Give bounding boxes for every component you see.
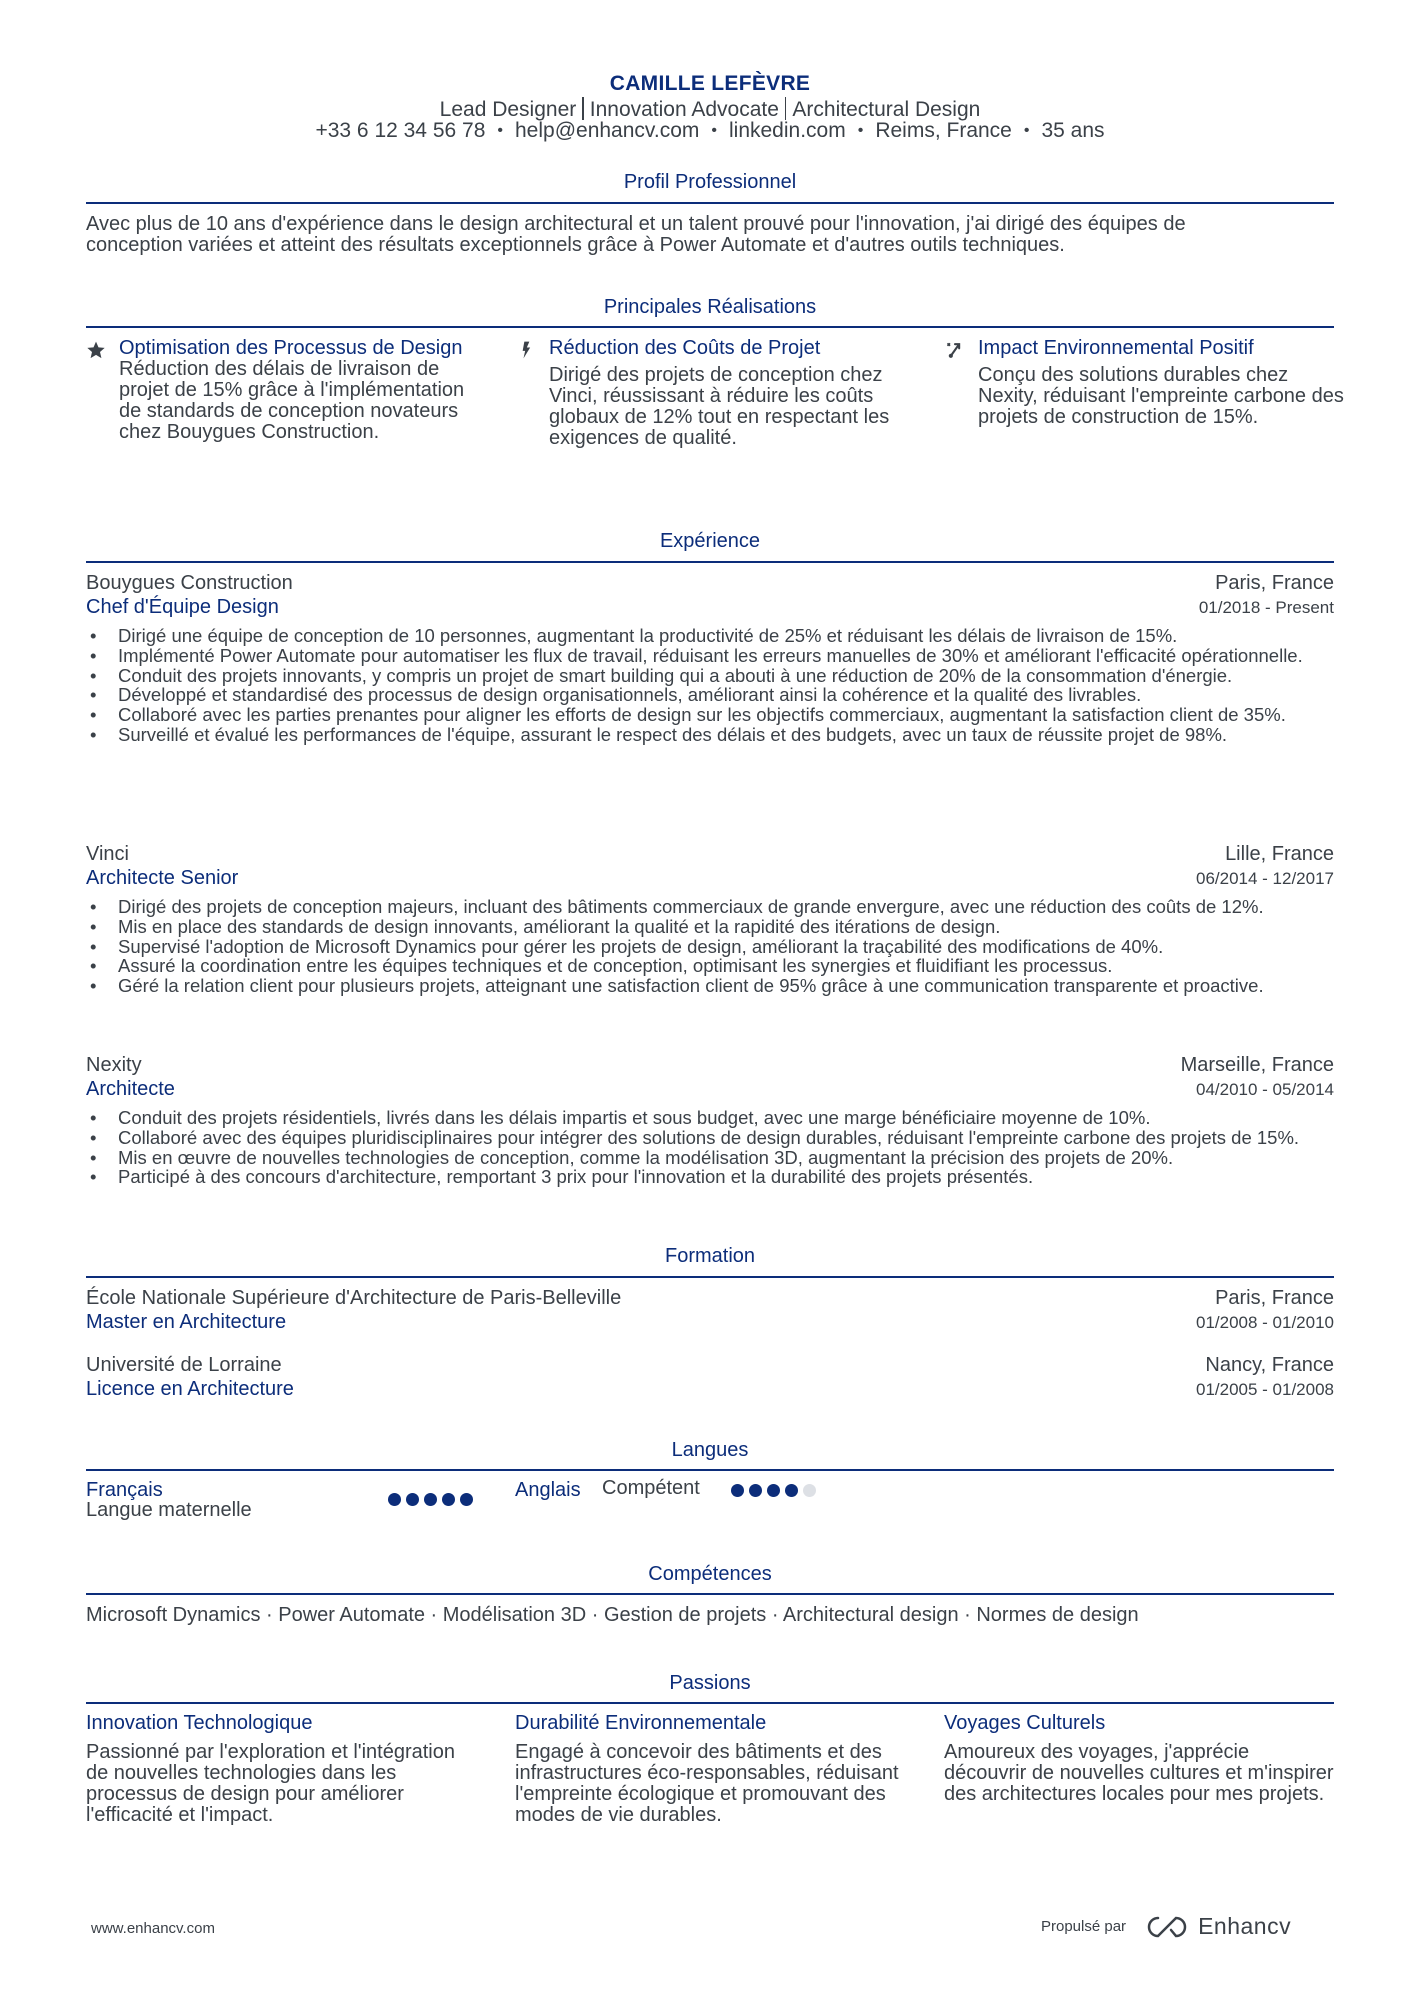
- enhancv-logo-icon: [1144, 1914, 1190, 1940]
- bullet-item: Participé à des concours d'architecture,…: [86, 1167, 1334, 1187]
- job-dates: 06/2014 - 12/2017: [1196, 869, 1334, 889]
- achievement-title: Impact Environnemental Positif: [978, 338, 1345, 359]
- section-title-education: Formation: [86, 1245, 1334, 1268]
- passion-description: Passionné par l'exploration et l'intégra…: [86, 1742, 481, 1826]
- section-title-experience: Expérience: [86, 530, 1334, 553]
- passion-item: Innovation Technologique Passionné par l…: [86, 1713, 486, 1826]
- passion-description: Engagé à concevoir des bâtiments et des …: [515, 1742, 910, 1826]
- bullet-item: Développé et standardisé des processus d…: [86, 685, 1334, 705]
- rating-dot-filled: [749, 1484, 762, 1497]
- bullet-item: Conduit des projets résidentiels, livrés…: [86, 1108, 1334, 1128]
- bullet-item: Supervisé l'adoption de Microsoft Dynami…: [86, 937, 1334, 957]
- footer-branding: Propulsé par Enhancv: [1041, 1913, 1291, 1940]
- degree: Master en Architecture: [86, 1311, 286, 1334]
- divider: [785, 97, 787, 120]
- bullet-separator: •: [858, 122, 864, 139]
- passion-description: Amoureux des voyages, j'apprécie découvr…: [944, 1742, 1334, 1805]
- achievement-item: Impact Environnemental Positif Conçu des…: [945, 338, 1345, 428]
- candidate-name: CAMILLE LEFÈVRE: [86, 72, 1334, 96]
- section-title-achievements: Principales Réalisations: [86, 296, 1334, 319]
- enhancv-logo[interactable]: Enhancv: [1144, 1913, 1291, 1940]
- rating-dot-filled: [731, 1484, 744, 1497]
- linkedin-link[interactable]: linkedin.com: [729, 119, 846, 142]
- passion-item: Durabilité Environnementale Engagé à con…: [515, 1713, 915, 1826]
- headline-title-1: Lead Designer: [440, 98, 577, 121]
- contact-line: +33 6 12 34 56 78•help@enhancv.com•linke…: [86, 119, 1334, 143]
- rating-dot-filled: [460, 1493, 473, 1506]
- job-bullets: Dirigé des projets de conception majeurs…: [86, 897, 1334, 996]
- star-icon: [86, 340, 106, 360]
- section-title-skills: Compétences: [86, 1563, 1334, 1586]
- job-title: Architecte Senior: [86, 867, 238, 890]
- job-dates: 01/2018 - Present: [1199, 598, 1334, 618]
- bullet-item: Mis en œuvre de nouvelles technologies d…: [86, 1148, 1334, 1168]
- route-icon: [945, 340, 965, 360]
- job-bullets: Dirigé une équipe de conception de 10 pe…: [86, 626, 1334, 745]
- bullet-item: Collaboré avec des équipes pluridiscipli…: [86, 1128, 1334, 1148]
- bullet-separator: •: [497, 122, 503, 139]
- bullet-item: Surveillé et évalué les performances de …: [86, 725, 1334, 745]
- email-link[interactable]: help@enhancv.com: [515, 119, 699, 142]
- section-divider: [86, 1593, 1334, 1595]
- bullet-item: Géré la relation client pour plusieurs p…: [86, 976, 1334, 996]
- job-location: Marseille, France: [1181, 1054, 1334, 1077]
- school-location: Nancy, France: [1205, 1354, 1334, 1377]
- job-bullets: Conduit des projets résidentiels, livrés…: [86, 1108, 1334, 1187]
- bullet-item: Implémenté Power Automate pour automatis…: [86, 646, 1334, 666]
- achievement-description: Réduction des délais de livraison de pro…: [119, 359, 486, 443]
- section-divider: [86, 1276, 1334, 1278]
- section-divider: [86, 561, 1334, 563]
- experience-item: NexityMarseille, France Architecte04/201…: [86, 1054, 1334, 1187]
- education-dates: 01/2008 - 01/2010: [1196, 1313, 1334, 1333]
- language-rating: [388, 1493, 473, 1506]
- language-name: Anglais: [515, 1479, 581, 1502]
- bullet-separator: •: [711, 122, 717, 139]
- rating-dot-filled: [442, 1493, 455, 1506]
- job-title: Architecte: [86, 1078, 175, 1101]
- achievement-item: Réduction des Coûts de Projet Dirigé des…: [516, 338, 916, 449]
- education-dates: 01/2005 - 01/2008: [1196, 1380, 1334, 1400]
- passion-title: Voyages Culturels: [944, 1713, 1344, 1734]
- company-name: Vinci: [86, 843, 129, 866]
- section-title-languages: Langues: [86, 1439, 1334, 1462]
- footer-website-link[interactable]: www.enhancv.com: [91, 1920, 215, 1937]
- education-item: Université de LorraineNancy, France Lice…: [86, 1354, 1334, 1402]
- bullet-separator: •: [1024, 122, 1030, 139]
- bullet-item: Mis en place des standards de design inn…: [86, 917, 1334, 937]
- section-divider: [86, 326, 1334, 328]
- language-level: Compétent: [602, 1477, 700, 1500]
- bullet-item: Assuré la coordination entre les équipes…: [86, 956, 1334, 976]
- headline-title-2: Innovation Advocate: [590, 98, 779, 121]
- lightning-bolt-icon: [516, 340, 536, 360]
- passion-item: Voyages Culturels Amoureux des voyages, …: [944, 1713, 1344, 1805]
- bullet-item: Dirigé des projets de conception majeurs…: [86, 897, 1334, 917]
- school-name: École Nationale Supérieure d'Architectur…: [86, 1287, 621, 1310]
- profile-summary: Avec plus de 10 ans d'expérience dans le…: [86, 214, 1334, 256]
- profile-line: conception variées et atteint des résult…: [86, 235, 1334, 256]
- bullet-item: Collaboré avec les parties prenantes pou…: [86, 705, 1334, 725]
- bullet-item: Conduit des projets innovants, y compris…: [86, 666, 1334, 686]
- divider: [582, 97, 584, 120]
- achievement-item: Optimisation des Processus de Design Réd…: [86, 338, 486, 443]
- rating-dot-filled: [767, 1484, 780, 1497]
- company-name: Bouygues Construction: [86, 572, 293, 595]
- achievement-title: Optimisation des Processus de Design: [119, 338, 486, 359]
- school-location: Paris, France: [1215, 1287, 1334, 1310]
- language-level: Langue maternelle: [86, 1499, 252, 1522]
- location: Reims, France: [875, 119, 1012, 142]
- bullet-item: Dirigé une équipe de conception de 10 pe…: [86, 626, 1334, 646]
- school-name: Université de Lorraine: [86, 1354, 282, 1377]
- rating-dot-filled: [424, 1493, 437, 1506]
- job-dates: 04/2010 - 05/2014: [1196, 1080, 1334, 1100]
- degree: Licence en Architecture: [86, 1378, 294, 1401]
- age: 35 ans: [1041, 119, 1104, 142]
- education-item: École Nationale Supérieure d'Architectur…: [86, 1287, 1334, 1335]
- phone: +33 6 12 34 56 78: [315, 119, 485, 142]
- job-title: Chef d'Équipe Design: [86, 596, 279, 619]
- powered-by-label: Propulsé par: [1041, 1918, 1126, 1935]
- section-divider: [86, 1469, 1334, 1471]
- section-divider: [86, 202, 1334, 204]
- rating-dot-filled: [785, 1484, 798, 1497]
- section-title-passions: Passions: [86, 1672, 1334, 1695]
- passion-title: Durabilité Environnementale: [515, 1713, 915, 1734]
- enhancv-brand-name: Enhancv: [1198, 1913, 1291, 1940]
- passion-title: Innovation Technologique: [86, 1713, 486, 1734]
- achievement-description: Dirigé des projets de conception chez Vi…: [549, 365, 916, 449]
- profile-line: Avec plus de 10 ans d'expérience dans le…: [86, 214, 1334, 235]
- headline-title-3: Architectural Design: [792, 98, 980, 121]
- rating-dot-filled: [388, 1493, 401, 1506]
- achievement-title: Réduction des Coûts de Projet: [549, 338, 916, 359]
- rating-dot-filled: [406, 1493, 419, 1506]
- experience-item: Bouygues ConstructionParis, France Chef …: [86, 572, 1334, 745]
- rating-dot-empty: [803, 1484, 816, 1497]
- language-rating: [731, 1484, 816, 1497]
- section-divider: [86, 1702, 1334, 1704]
- job-location: Paris, France: [1215, 572, 1334, 595]
- skills-list: Microsoft Dynamics · Power Automate · Mo…: [86, 1605, 1334, 1626]
- experience-item: VinciLille, France Architecte Senior06/2…: [86, 843, 1334, 996]
- section-title-profile: Profil Professionnel: [86, 171, 1334, 194]
- job-location: Lille, France: [1225, 843, 1334, 866]
- company-name: Nexity: [86, 1054, 142, 1077]
- achievement-description: Conçu des solutions durables chez Nexity…: [978, 365, 1345, 428]
